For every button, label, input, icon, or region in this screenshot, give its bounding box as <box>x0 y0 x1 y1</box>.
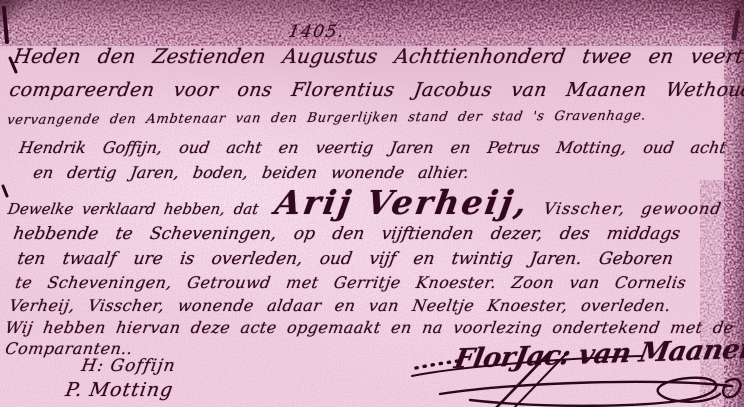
signature-witness-motting: P. Motting <box>64 379 175 401</box>
signature-witness-goffijn: H: Goffijn <box>80 356 177 376</box>
line-residence: hebbende te Scheveningen, op den vijftie… <box>12 224 682 244</box>
death-record-scan: { "page": { "description": "Overlijdensa… <box>0 0 744 407</box>
declaration-prefix: Dewelke verklaard hebben, dat <box>7 200 260 218</box>
line-closing-1: Wij hebben hiervan deze acte opgemaakt e… <box>4 318 735 337</box>
line-declaration: Dewelke verklaard hebben, dat Arij Verhe… <box>6 183 726 222</box>
line-family-2: Verheij, Visscher, wonende aldaar en van… <box>8 296 672 315</box>
signature-flourish <box>410 352 744 407</box>
line-death-details: ten twaalf ure is overleden, oud vijf en… <box>16 249 675 269</box>
act-number: 1405. <box>287 22 346 42</box>
line-official-title-small: vervangende den Ambtenaar van den Burger… <box>6 109 647 128</box>
line-family-1: te Scheveningen, Getrouwd met Gerritje K… <box>14 273 688 292</box>
line-official: compareerden voor ons Florentius Jacobus… <box>8 79 744 101</box>
deceased-name: Arij Verheij, <box>272 183 532 222</box>
line-witness-1: Hendrik Goffijn, oud acht en veertig Jar… <box>18 138 728 157</box>
line-witness-2: en dertig Jaren, boden, beiden wonende a… <box>32 163 470 182</box>
line-date: Heden den Zestienden Augustus Achttienho… <box>12 44 744 68</box>
declaration-suffix: Visscher, gewoond <box>542 199 723 218</box>
